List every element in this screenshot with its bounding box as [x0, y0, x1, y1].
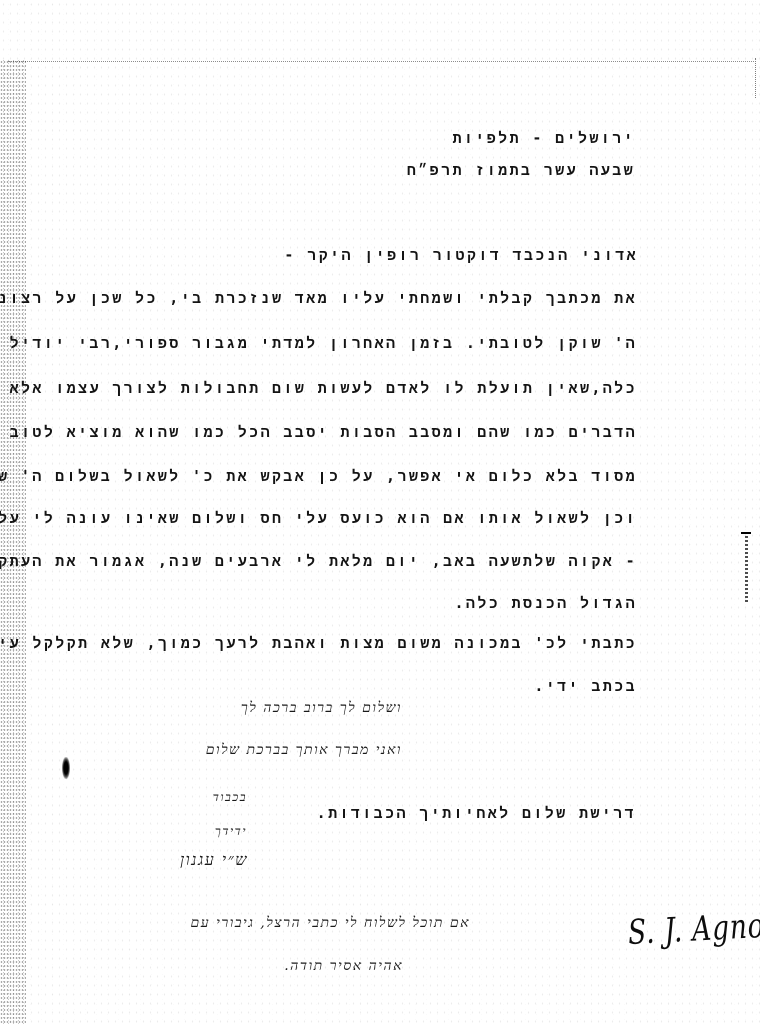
closing-line: כתבתי לכ' במכונה משום מצות ואהבת לרעך כמ…	[0, 634, 637, 653]
postscript-line: אהיה אסיר תודה.	[284, 958, 403, 975]
body-line: את מכתבך קבלתי ושמחתי עליו מאד שנזכרת בי…	[0, 289, 637, 308]
body-line: הגדול הכנסת כלה.	[454, 594, 637, 613]
body-line: וכן לשאול אותו אם הוא כועס עלי חס ושלום …	[0, 509, 637, 528]
signoff-respect: בכבוד	[213, 790, 247, 805]
letter-place: ירושלים - תלפיות	[452, 129, 635, 148]
signoff-friend: ידידך	[215, 824, 247, 839]
postscript-line: אם תוכל לשלוח לי כתבי הרצל, גיבורי עם	[191, 915, 470, 932]
body-line: ה' שוקן לטובתי. בזמן האחרון למדתי מגבור …	[0, 334, 637, 353]
margin-mark	[745, 532, 748, 602]
closing-line: בכתב ידי.	[534, 677, 637, 696]
page-right-edge	[755, 58, 756, 98]
body-line: כלה,שאין תועלת לו לאדם לעשות שום תחבולות…	[0, 379, 637, 398]
body-line: הדברים כמו שהם ומסבב הסבות יסבב הכל כמו …	[0, 423, 637, 442]
letter-date: שבעה עשר בתמוז תרפ״ח	[407, 161, 635, 180]
signature-latin: S. J. Agnon	[627, 905, 760, 953]
letter-regards: דרישת שלום לאחיותיך הכבודות.	[317, 804, 636, 823]
page-top-edge	[8, 61, 754, 62]
letter-salutation: אדוני הנכבד דוקטור רופין היקר -	[284, 246, 638, 265]
body-line: מסוד בלא כלום אי אפשר, על כן אבקש את כ' …	[0, 467, 637, 486]
body-line: - אקוה שלתשעה באב, יום מלאת לי ארבעים שנ…	[0, 552, 637, 571]
handwritten-line: ושלום לך ברוב ברכה לך	[241, 700, 402, 717]
signoff-name-hebrew: ש״י עגנון	[180, 850, 248, 870]
page-edge-shadow	[0, 60, 26, 1024]
handwritten-line: ואני מברך אותך בברכת שלום	[206, 742, 402, 759]
ink-blot	[62, 757, 70, 779]
